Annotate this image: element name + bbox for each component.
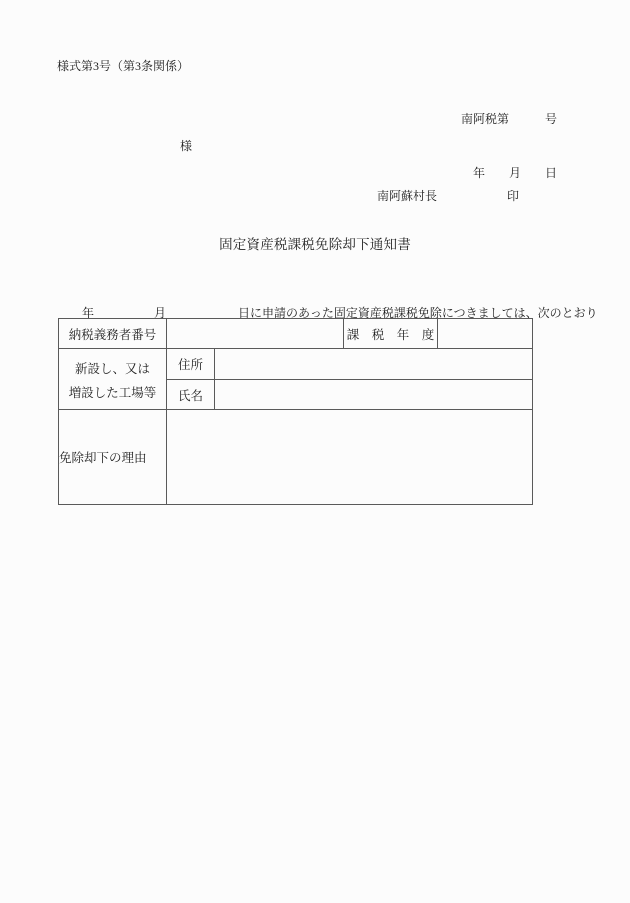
table-row: 新設し、又は 増設した工場等 住所 bbox=[59, 349, 533, 380]
tax-year-value-cell bbox=[438, 319, 533, 349]
name-label-cell: 氏名 bbox=[167, 380, 215, 410]
reason-value-cell bbox=[167, 410, 533, 505]
address-value-cell bbox=[215, 349, 533, 380]
factory-label-line-1: 新設し、又は bbox=[59, 357, 166, 381]
factory-label-cell: 新設し、又は 増設した工場等 bbox=[59, 349, 167, 410]
table-row: 免除却下の理由 bbox=[59, 410, 533, 505]
tax-year-label-cell: 課 税 年 度 bbox=[344, 319, 438, 349]
sender-name: 南阿蘇村長 bbox=[377, 188, 437, 204]
document-title: 固定資産税課税免除却下通知書 bbox=[0, 233, 630, 253]
table-row: 納税義務者番号 課 税 年 度 bbox=[59, 319, 533, 349]
reference-number-line: 南阿税第 号 bbox=[461, 110, 557, 128]
taxpayer-number-label-cell: 納税義務者番号 bbox=[59, 319, 167, 349]
address-label-cell: 住所 bbox=[167, 349, 215, 380]
name-value-cell bbox=[215, 380, 533, 410]
form-table: 納税義務者番号 課 税 年 度 新設し、又は 増設した工場等 住所 氏名 免除却… bbox=[58, 318, 533, 505]
factory-label-line-2: 増設した工場等 bbox=[59, 381, 166, 405]
form-number: 様式第3号（第3条関係） bbox=[57, 58, 189, 74]
taxpayer-number-value-cell bbox=[167, 319, 344, 349]
document-page: 様式第3号（第3条関係） 南阿税第 号 年 月 日 様 南阿蘇村長 印 固定資産… bbox=[0, 0, 630, 903]
reference-date-line: 年 月 日 bbox=[461, 164, 557, 182]
seal-mark: 印 bbox=[507, 188, 519, 204]
reason-label-cell: 免除却下の理由 bbox=[59, 410, 167, 505]
addressee-honorific: 様 bbox=[180, 138, 192, 154]
